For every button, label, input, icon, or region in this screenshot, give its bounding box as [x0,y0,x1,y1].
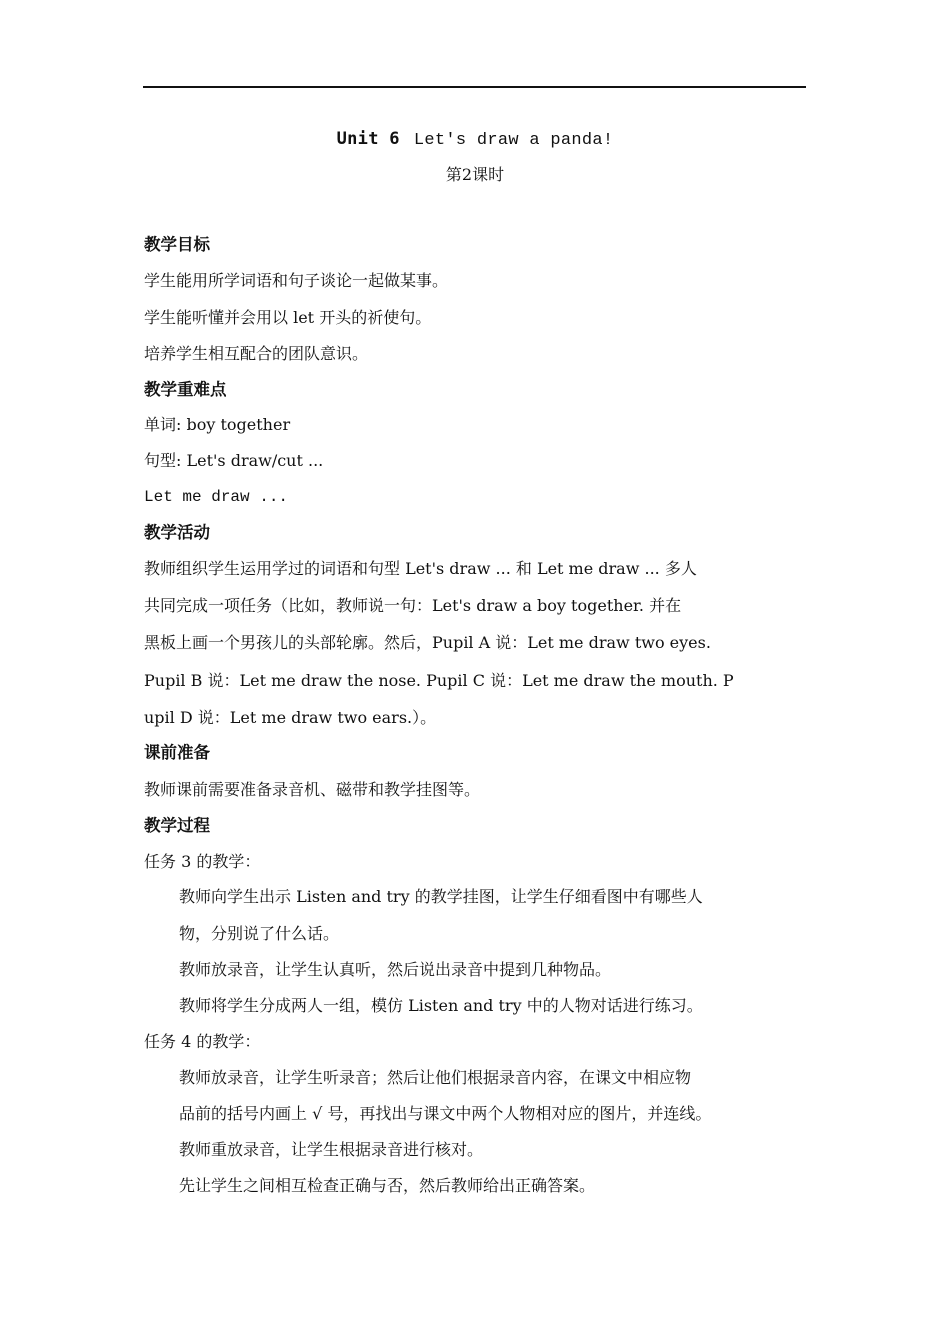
key-point-line: Let me draw ... [144,486,288,508]
title-unit: Unit 6 [337,129,400,149]
task-4-step: 教师放录音，让学生听录音；然后让他们根据录音内容，在课文中相应物 [179,1067,691,1089]
preparation-line: 教师课前需要准备录音机、磁带和教学挂图等。 [144,779,480,801]
key-point-line: 单词: boy together [144,414,290,436]
task-4-label: 任务 4 的教学： [144,1031,260,1053]
objective-line: 学生能用所学词语和句子谈论一起做某事。 [144,270,448,292]
activity-line: 共同完成一项任务（比如，教师说一句：Let's draw a boy toget… [144,595,681,617]
task-3-step: 教师放录音，让学生认真听，然后说出录音中提到几种物品。 [179,959,611,981]
task-3-step: 教师向学生出示 Listen and try 的教学挂图，让学生仔细看图中有哪些… [179,886,703,908]
section-heading-preparation: 课前准备 [144,742,210,764]
document-page: Unit 6Let's draw a panda! 第2课时 教学目标 学生能用… [0,0,950,1344]
objective-line: 培养学生相互配合的团队意识。 [144,343,368,365]
section-heading-key-points: 教学重难点 [144,379,227,401]
task-4-step: 先让学生之间相互检查正确与否，然后教师给出正确答案。 [179,1175,595,1197]
section-heading-activities: 教学活动 [144,522,210,544]
section-heading-objectives: 教学目标 [144,234,210,256]
header-rule [143,86,806,88]
task-3-step: 教师将学生分成两人一组，模仿 Listen and try 中的人物对话进行练习… [179,995,703,1017]
activity-line: 教师组织学生运用学过的词语和句型 Let's draw ... 和 Let me… [144,558,697,580]
task-4-step: 教师重放录音，让学生根据录音进行核对。 [179,1139,483,1161]
task-4-step: 品前的括号内画上 √ 号，再找出与课文中两个人物相对应的图片，并连线。 [179,1103,711,1125]
activity-line: 黑板上画一个男孩儿的头部轮廓。然后，Pupil A 说：Let me draw … [144,632,711,654]
task-3-label: 任务 3 的教学： [144,851,260,873]
key-point-line: 句型: Let's draw/cut ... [144,450,323,472]
activity-line: Pupil B 说：Let me draw the nose. Pupil C … [144,670,734,692]
activity-line: upil D 说：Let me draw two ears.）。 [144,707,436,729]
section-heading-procedure: 教学过程 [144,815,210,837]
document-subtitle: 第2课时 [0,164,950,186]
title-name: Let's draw a panda! [414,131,614,150]
task-3-step: 物，分别说了什么话。 [179,923,339,945]
objective-line: 学生能听懂并会用以 let 开头的祈使句。 [144,307,431,329]
document-title: Unit 6Let's draw a panda! [0,128,950,152]
